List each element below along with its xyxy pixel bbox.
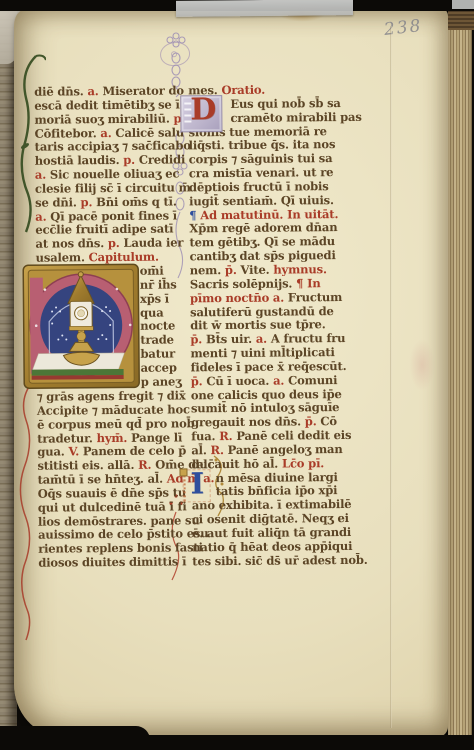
text-segment: Qī pacē ponit fines ī [50, 208, 177, 223]
text-segment: Accipite ⁊ māducate hoc [37, 402, 190, 417]
text-segment: fua. [191, 429, 219, 443]
manuscript-text-line: p aneʒ [141, 375, 182, 389]
clamp-strip-corner [452, 0, 474, 9]
text-segment: ¶ [189, 208, 200, 222]
text-segment: gua. [37, 445, 68, 459]
text-segment: Sacris solēpnijs. [190, 276, 296, 291]
text-segment: batur [140, 347, 175, 361]
text-layer: diē dn̄s. a. Miserator doescā dedit timē… [11, 8, 451, 738]
text-segment: ecc̄lie fruitī adipe satī [35, 222, 173, 237]
text-segment: Panē angeloʒ man [228, 442, 343, 457]
text-segment: corpis ⁊ sāguinis tui sa [189, 151, 333, 166]
text-segment: menti ⁊ uini ml̄tiplicati [190, 345, 334, 360]
text-segment: cramēto mirabili pas [230, 110, 361, 125]
text-segment: a. [273, 373, 288, 387]
text-segment: hymnus. [273, 262, 327, 276]
text-segment: a. [35, 209, 50, 223]
text-segment: dēptiois fructū ī nobis [189, 179, 329, 194]
text-segment: R. [210, 443, 227, 457]
initial-letter-D: D [190, 92, 216, 127]
text-segment: p̄. [225, 263, 241, 277]
text-segment: Vite. [240, 263, 273, 277]
book-fore-edge [448, 4, 472, 746]
text-segment: moriā suoʒ mirabiliū. [34, 111, 173, 126]
right-text-column: mes. Oratio.Eus qui nob̄ sb̄ sacramēto m… [188, 83, 390, 569]
text-segment: iugit̄ sentiam̄. Qī uiuis. [189, 193, 334, 208]
manuscript-text-line: tes sibi. sic̄ ds̄ ur̄ adest nob̄. [192, 553, 390, 569]
text-segment: p. [108, 236, 124, 250]
text-segment: A fructu fru [271, 331, 346, 346]
text-segment: Bn̄i om̄s q tī. [96, 194, 177, 209]
text-segment: Sic nouelle oliuaʒ ec [50, 167, 180, 182]
text-segment: qua [140, 305, 164, 319]
text-segment: p̄. [190, 332, 206, 346]
text-segment: Fructum [288, 290, 342, 304]
text-segment: Cōfitebor. [34, 126, 100, 141]
text-segment: stitisti eis. allā. [37, 458, 138, 473]
text-segment: accep [141, 360, 177, 374]
text-segment: hostiā laudis. [35, 153, 124, 168]
manuscript-page: 238 [14, 10, 448, 736]
text-segment: Lc̄o pī. [282, 456, 324, 470]
text-segment: R. [138, 458, 155, 472]
text-segment: tradetur. [37, 431, 96, 446]
text-segment: ¶ In [296, 276, 321, 290]
text-segment: salutiferū gustandū de [190, 304, 334, 319]
text-segment: a. [87, 84, 102, 98]
manuscript-photo: 238 [0, 0, 474, 750]
text-segment: liq̄sti. tribue q̄s. ita nos [189, 137, 336, 152]
text-segment: hym̄. [96, 430, 131, 444]
text-segment: p. [123, 153, 139, 167]
text-beside-initial: om̄inr̄ ih̄sxp̄s īquanoctetradebaturacce… [140, 264, 182, 389]
text-segment: Panē celi dedit eis [236, 428, 351, 443]
text-segment: gregauit nos dn̄s. [191, 415, 305, 430]
text-segment: diosos diuites dimittis ī [38, 554, 186, 569]
text-segment: Comuni [288, 373, 337, 387]
text-segment: tem gētibʒ. Qī se mādu [189, 234, 335, 249]
text-segment: p aneʒ [141, 374, 182, 388]
text-segment: R. [219, 429, 236, 443]
ornamental-initial-oratio: D [180, 95, 222, 132]
text-segment: al̄. [191, 443, 210, 457]
text-segment: Oratio. [221, 83, 265, 97]
text-segment: Bt̄s uir. [206, 332, 256, 346]
text-segment: ⁊ grās agens fregit ⁊ dix̄ [37, 388, 186, 403]
text-segment: p̄. [191, 374, 207, 388]
text-segment: Cū ī uoca. [206, 373, 273, 388]
text-segment: diē dn̄s. [34, 84, 87, 98]
text-segment: Eus qui nob̄ sb̄ sa [230, 96, 341, 111]
text-segment: qui ut dulcedinē tuā ī fi [38, 499, 187, 514]
text-segment: Xp̄m regē adorem dn̄an [189, 221, 337, 236]
text-segment: Credidi [139, 153, 185, 167]
text-segment: V. [68, 445, 83, 459]
photo-background-bottom-left [0, 726, 150, 740]
text-segment: Calicē salu [115, 125, 184, 140]
text-segment: a. [35, 168, 50, 182]
text-segment: Panem de celo p̄ [83, 444, 186, 459]
text-segment: cra mistīa venari. ut re [189, 165, 333, 180]
text-segment: Lauda ier [123, 236, 183, 251]
text-segment: Ad matutinū. In uitāt. [200, 207, 338, 222]
clamp-strip [176, 0, 353, 17]
text-segment: xp̄s ī [140, 291, 169, 305]
text-segment: p̄. [305, 414, 321, 428]
text-segment: p. [80, 195, 96, 209]
text-segment: nem. [190, 263, 225, 277]
text-segment: Cō [320, 414, 337, 428]
text-segment: sumit̄ nō intuloʒ sāguīe [191, 400, 339, 415]
text-segment: Pange lī [131, 430, 182, 444]
text-segment: Miserator do [102, 83, 184, 98]
text-segment: trade [140, 333, 174, 347]
initial-letter-I: I [190, 466, 204, 500]
text-segment: pīmo noctn̄o a. [190, 290, 288, 305]
illuminated-initial-D-monstrance [22, 263, 141, 390]
text-segment: nr̄ ih̄s [140, 277, 177, 291]
text-segment: cantibʒ dat sp̄s piguedi [190, 248, 336, 263]
text-segment: a. [256, 332, 271, 346]
text-segment: Oq̄s suauis ē dn̄e sp̄s tu [38, 485, 187, 500]
text-segment: at nos dn̄s. [35, 236, 107, 251]
text-segment: se dn̄i. [35, 195, 80, 209]
text-segment: ducauit hō al̄. [191, 456, 282, 471]
text-segment: tes sibi. sic̄ ds̄ ur̄ adest nob̄. [192, 553, 367, 569]
text-segment: om̄i [140, 264, 164, 278]
text-segment: nocte [140, 319, 175, 333]
text-segment: tatis bn̄ficia ip̄o xp̄i [216, 484, 338, 499]
right-column-block: mes. Oratio.Eus qui nob̄ sb̄ sacramēto m… [188, 83, 390, 569]
text-segment: a. [100, 126, 115, 140]
text-segment: n mēsa diuine largi [215, 470, 337, 485]
text-segment: tam̄tū ī se hn̄teʒ. al̄. [37, 472, 166, 487]
ornamental-initial-lectio: I [183, 470, 209, 501]
